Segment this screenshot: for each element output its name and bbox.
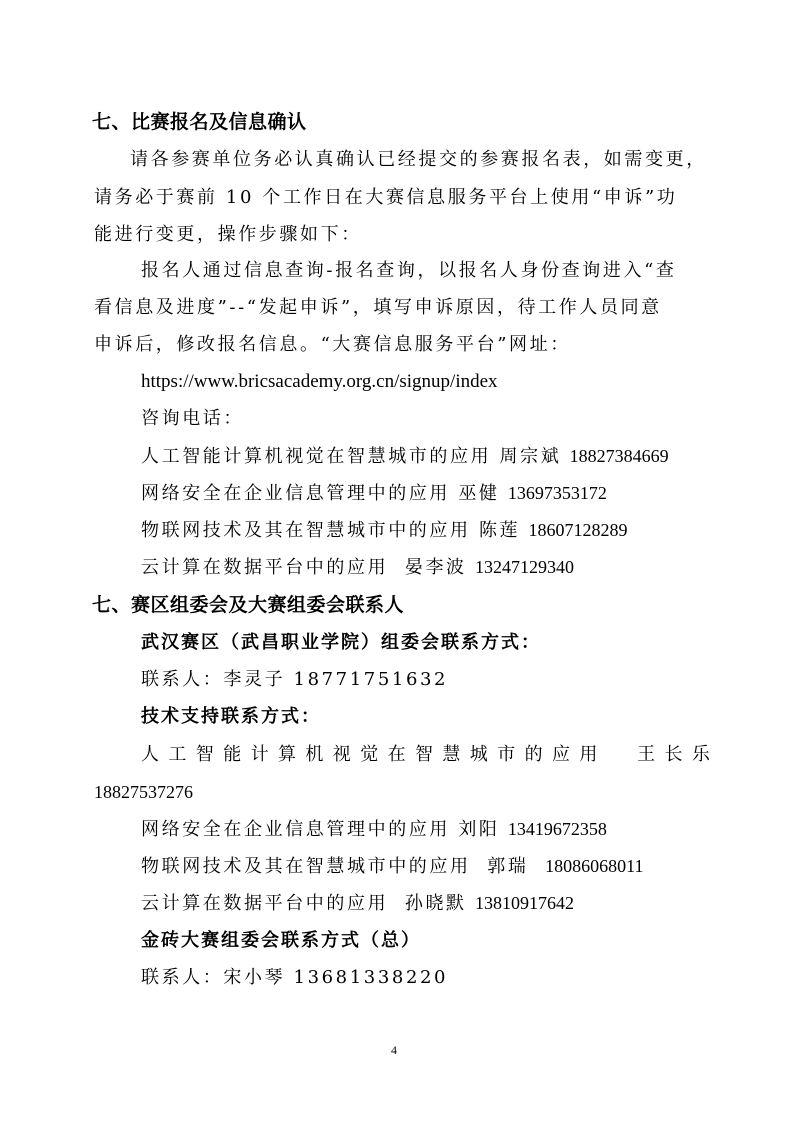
tech-contact-row: 网络安全在企业信息管理中的应用 刘阳 13419672358 [141, 817, 607, 842]
contact-track: 物联网技术及其在智慧城市中的应用 [141, 856, 471, 877]
contact-name: 郭瑞 [487, 856, 528, 877]
paragraph-line: 请务必于赛前 10 个工作日在大赛信息服务平台上使用“申诉”功 [94, 186, 677, 210]
contact-phone: 18827537276 [94, 780, 193, 804]
page-number: 4 [391, 1043, 397, 1057]
contact-track: 人工智能计算机视觉在智慧城市的应用 [141, 446, 491, 467]
contact-name: 王长乐 [637, 744, 719, 765]
contact-track: 物联网技术及其在智慧城市中的应用 [141, 520, 471, 541]
tech-contact-row: 物联网技术及其在智慧城市中的应用 郭瑞 18086068011 [141, 854, 643, 879]
consult-contact-row: 云计算在数据平台中的应用 晏李波 13247129340 [141, 555, 574, 580]
contact-phone: 13810917642 [475, 893, 574, 913]
contact-phone: 18086068011 [545, 856, 643, 876]
contact-phone: 13419672358 [508, 819, 607, 839]
contact-name: 孙晓默 [405, 893, 467, 914]
brics-contact: 联系人：宋小琴 13681338220 [141, 966, 448, 990]
contact-track: 网络安全在企业信息管理中的应用 [141, 483, 450, 504]
paragraph-line: 报名人通过信息查询-报名查询，以报名人身份查询进入“查 [141, 259, 676, 283]
section-heading-contacts: 七、赛区组委会及大赛组委会联系人 [92, 593, 404, 617]
consult-contact-row: 人工智能计算机视觉在智慧城市的应用 周宗斌 18827384669 [141, 444, 669, 469]
contact-track: 网络安全在企业信息管理中的应用 [141, 819, 450, 840]
paragraph-line: 看信息及进度”--“发起申诉”，填写申诉原因，待工作人员同意 [94, 296, 662, 320]
contact-phone: 13697353172 [508, 483, 607, 503]
tech-contact-row: 人工智能计算机视觉在智慧城市的应用 王长乐 [141, 743, 719, 767]
signup-url-link[interactable]: https://www.bricsacademy.org.cn/signup/i… [141, 370, 498, 394]
contact-track: 人工智能计算机视觉在智慧城市的应用 [141, 744, 607, 765]
document-page: 七、比赛报名及信息确认 请各参赛单位务必认真确认已经提交的参赛报名表，如需变更，… [0, 0, 794, 1123]
contact-name: 刘阳 [458, 819, 499, 840]
paragraph-line: 请各参赛单位务必认真确认已经提交的参赛报名表，如需变更， [130, 148, 707, 172]
tech-contact-row: 云计算在数据平台中的应用 孙晓默 13810917642 [141, 891, 574, 916]
consult-contact-row: 物联网技术及其在智慧城市中的应用 陈莲 18607128289 [141, 518, 627, 543]
consult-phone-label: 咨询电话： [141, 407, 244, 431]
contact-name: 陈莲 [479, 520, 520, 541]
contact-phone: 18607128289 [528, 520, 627, 540]
contact-phone: 13247129340 [475, 557, 574, 577]
contact-phone: 18827384669 [570, 446, 669, 466]
contact-name: 周宗斌 [500, 446, 562, 467]
wuhan-committee-heading: 武汉赛区（武昌职业学院）组委会联系方式： [141, 631, 541, 655]
paragraph-line: 申诉后，修改报名信息。“大赛信息服务平台”网址： [94, 333, 571, 357]
brics-committee-heading: 金砖大赛组委会联系方式（总） [141, 929, 421, 953]
tech-support-heading: 技术支持联系方式： [141, 705, 321, 729]
consult-contact-row: 网络安全在企业信息管理中的应用 巫健 13697353172 [141, 481, 607, 506]
paragraph-line: 能进行变更，操作步骤如下： [94, 223, 362, 247]
contact-track: 云计算在数据平台中的应用 [141, 557, 388, 578]
wuhan-contact: 联系人：李灵子 18771751632 [141, 668, 448, 692]
contact-name: 晏李波 [405, 557, 467, 578]
contact-name: 巫健 [458, 483, 499, 504]
section-heading-registration: 七、比赛报名及信息确认 [92, 110, 307, 134]
contact-track: 云计算在数据平台中的应用 [141, 893, 388, 914]
